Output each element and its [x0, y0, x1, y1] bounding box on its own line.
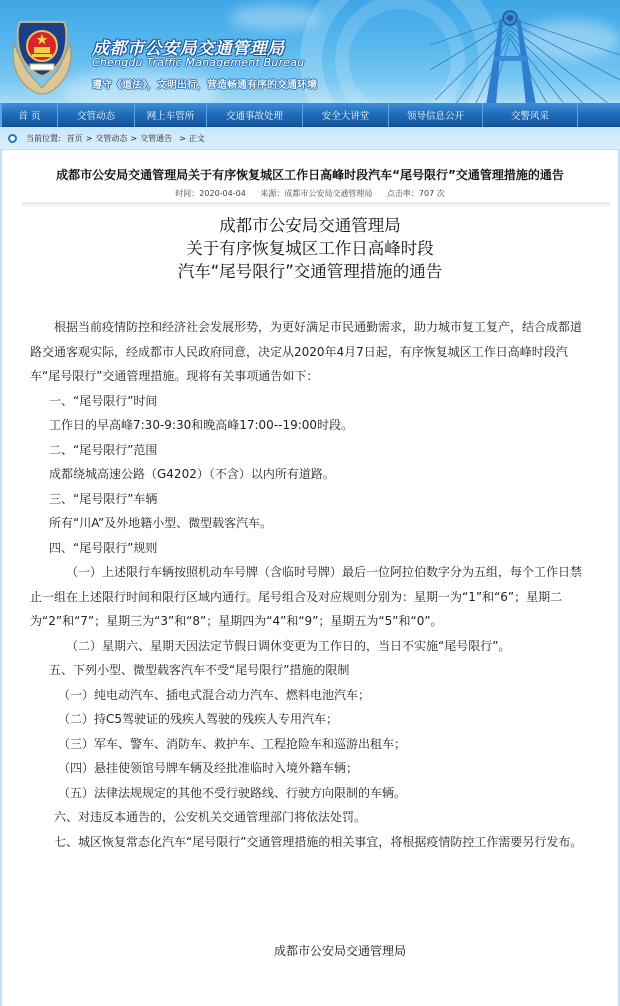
- breadcrumb: 当前位置: 首页 > 交管动态 > 交管通告 > 正文: [0, 127, 620, 149]
- breadcrumb-traffic-news[interactable]: 交管动态: [95, 133, 127, 144]
- nav-item-police-style[interactable]: 交警风采: [483, 103, 578, 127]
- heading-line: 汽车“尾号限行”交通管理措施的通告: [2, 260, 618, 283]
- nav-item-leadership-info[interactable]: 领导信息公开: [389, 103, 483, 127]
- section-heading: 三、“尾号限行”车辆: [30, 487, 592, 512]
- article-source: 来源：成都市公安局交通管理局: [260, 189, 372, 198]
- location-circle-icon: [8, 134, 17, 143]
- heading-line: 关于有序恢复城区工作日高峰时段: [2, 237, 618, 260]
- cable-stayed-bridge-image: [430, 0, 620, 103]
- breadcrumb-label: 当前位置:: [26, 133, 61, 144]
- meta-divider: [22, 202, 610, 207]
- police-emblem-icon: [8, 18, 76, 96]
- section-heading: 五、下列小型、微型载客汽车不受“尾号限行”措施的限制: [30, 658, 592, 683]
- paragraph: 所有“川A”及外地籍小型、微型载客汽车。: [30, 511, 592, 536]
- section-heading: 二、“尾号限行”范围: [30, 438, 592, 463]
- breadcrumb-separator: >: [130, 134, 137, 143]
- exemption-item: （三）军车、警车、消防车、救护车、工程抢险车和巡游出租车；: [30, 732, 592, 757]
- article-body: 根据当前疫情防控和经济社会发展形势，为更好满足市民通勤需求，助力城市复工复产，结…: [30, 315, 592, 854]
- paragraph-rule-1: （一）上述限行车辆按照机动车号牌（含临时号牌）最后一位阿拉伯数字分为五组，每个工…: [30, 560, 592, 634]
- nav-item-safety-lecture[interactable]: 安全大讲堂: [303, 103, 389, 127]
- article-title: 成都市公安局交通管理局关于有序恢复城区工作日高峰时段汽车“尾号限行”交通管理措施…: [2, 166, 618, 183]
- nav-filler: [578, 103, 620, 126]
- breadcrumb-current: 正文: [189, 133, 205, 144]
- document-heading: 成都市公安局交通管理局 关于有序恢复城区工作日高峰时段 汽车“尾号限行”交通管理…: [2, 214, 618, 283]
- signature: 成都市公安局交通管理局: [274, 942, 406, 959]
- nav-item-accident-handling[interactable]: 交通事故处理: [207, 103, 303, 127]
- nav-item-home[interactable]: 首 页: [0, 103, 58, 127]
- main-nav: 首 页 交管动态 网上车管所 交通事故处理 安全大讲堂 领导信息公开 交警风采: [0, 103, 620, 127]
- breadcrumb-home[interactable]: 首页: [67, 133, 83, 144]
- site-subtitle: Chengdu Traffic Management Bureau: [92, 56, 304, 69]
- breadcrumb-separator: >: [86, 134, 93, 143]
- site-banner: 成都市公安局交通管理局 Chengdu Traffic Management B…: [0, 0, 620, 103]
- site-slogan: 遵守《道法》，文明出行，营造畅通有序的交通环境: [92, 76, 317, 91]
- exemption-item: （一）纯电动汽车、插电式混合动力汽车、燃料电池汽车；: [30, 683, 592, 708]
- exemption-item: （二）持C5驾驶证的残疾人驾驶的残疾人专用汽车；: [30, 707, 592, 732]
- heading-line: 成都市公安局交通管理局: [2, 214, 618, 237]
- paragraph: 工作日的早高峰7:30-9:30和晚高峰17:00--19:00时段。: [30, 413, 592, 438]
- section-heading: 六、对违反本通告的，公安机关交通管理部门将依法处罚。: [30, 805, 592, 830]
- paragraph-intro: 根据当前疫情防控和经济社会发展形势，为更好满足市民通勤需求，助力城市复工复产，结…: [30, 315, 592, 389]
- paragraph-rule-2: （二）星期六、星期天因法定节假日调休变更为工作日的，当日不实施“尾号限行”。: [30, 634, 592, 659]
- section-heading: 四、“尾号限行”规则: [30, 536, 592, 561]
- breadcrumb-notices[interactable]: 交管通告: [140, 133, 172, 144]
- paragraph: 成都绕城高速公路（G4202）（不含）以内所有道路。: [30, 462, 592, 487]
- article-clicks: 点击率：707 次: [387, 189, 445, 198]
- section-heading: 一、“尾号限行”时间: [30, 389, 592, 414]
- breadcrumb-separator: >: [179, 134, 186, 143]
- exemption-item: （五）法律法规规定的其他不受行驶路线、行驶方向限制的车辆。: [30, 781, 592, 806]
- nav-item-traffic-news[interactable]: 交管动态: [58, 103, 135, 127]
- article-time: 时间：2020-04-04: [175, 189, 246, 198]
- nav-item-online-vehicle-office[interactable]: 网上车管所: [135, 103, 207, 127]
- exemption-item: （四）悬挂使领馆号牌车辆及经批准临时入境外籍车辆；: [30, 756, 592, 781]
- article-frame: 成都市公安局交通管理局关于有序恢复城区工作日高峰时段汽车“尾号限行”交通管理措施…: [0, 149, 620, 1006]
- section-heading: 七、城区恢复常态化汽车“尾号限行”交通管理措施的相关事宜，将根据疫情防控工作需要…: [30, 830, 592, 855]
- article-meta: 时间：2020-04-04 来源：成都市公安局交通管理局 点击率：707 次: [2, 188, 618, 199]
